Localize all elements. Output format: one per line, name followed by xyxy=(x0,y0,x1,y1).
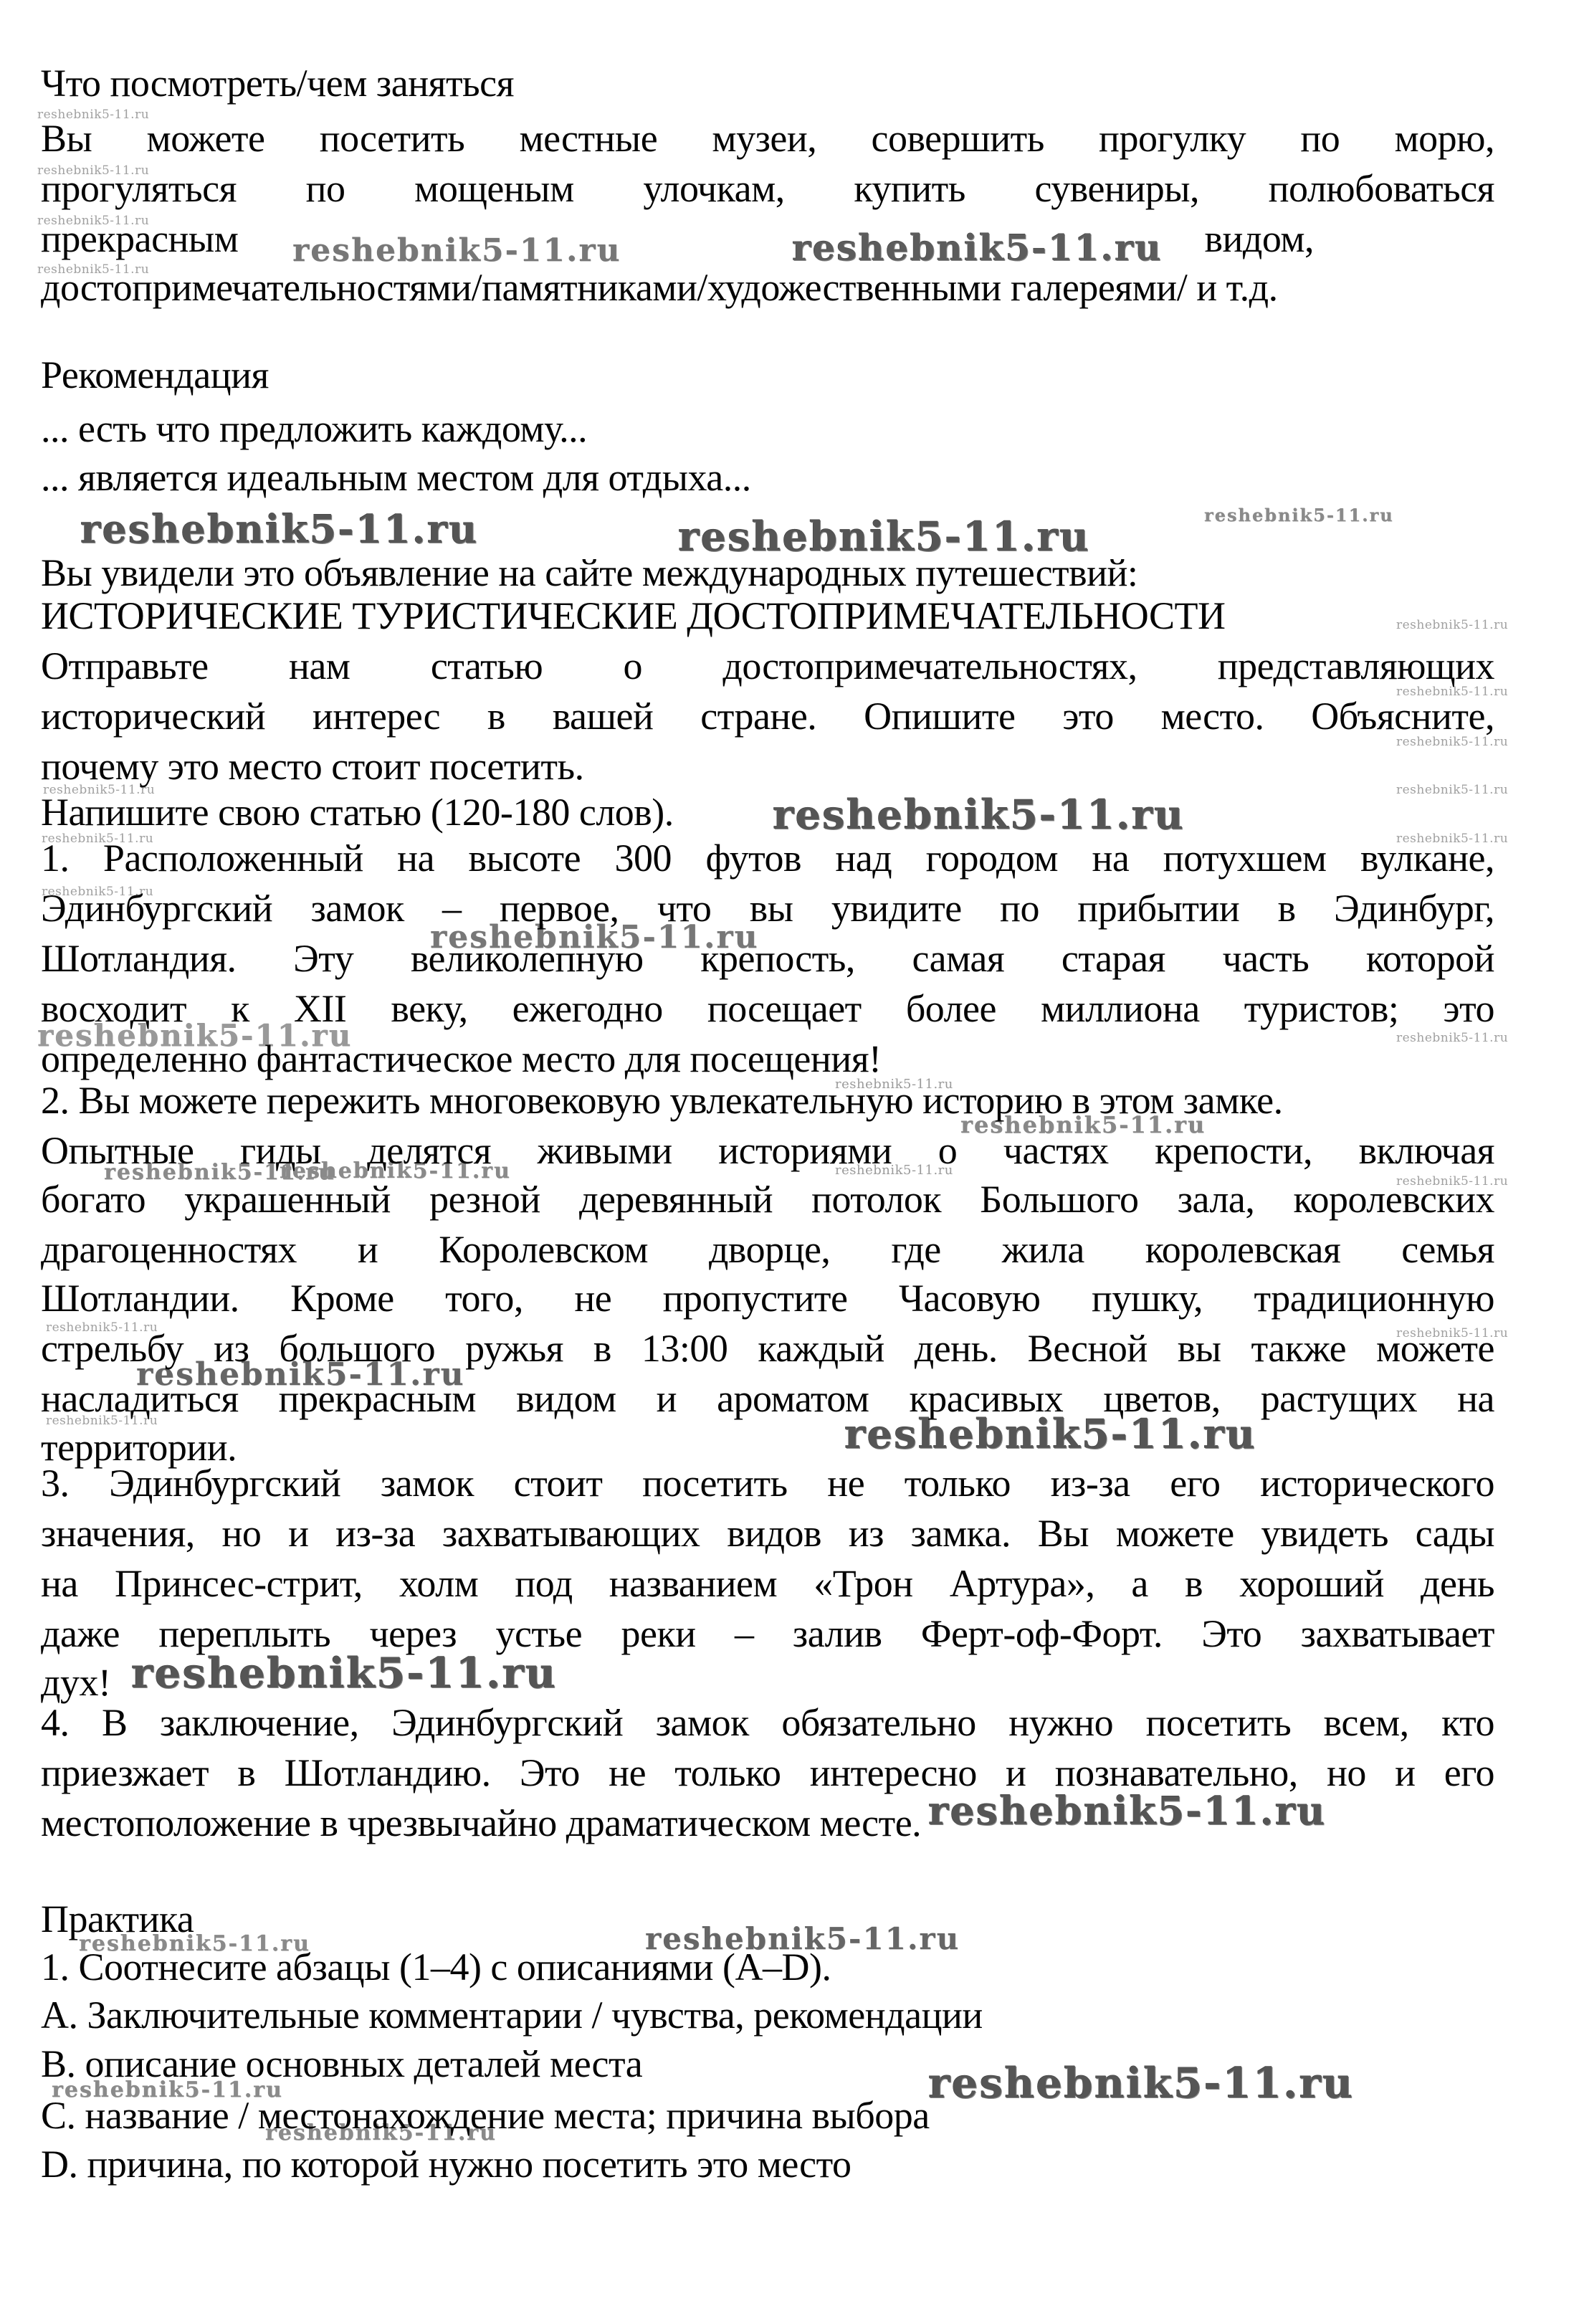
text-line: B. описание основных деталей места xyxy=(41,2042,642,2086)
document-page: reshebnik5-11.rureshebnik5-11.rureshebni… xyxy=(0,0,1579,2324)
text-line: Опытные гиды делятся живыми историями о … xyxy=(41,1128,1494,1173)
text-line: восходит к XII веку, ежегодно посещает б… xyxy=(41,986,1494,1031)
text-line: 3. Эдинбургский замок стоит посетить не … xyxy=(41,1461,1494,1505)
text-line: прогуляться по мощеным улочкам, купить с… xyxy=(41,166,1494,211)
watermark-text: reshebnik5-11.ru xyxy=(80,506,478,552)
watermark-text: reshebnik5-11.ru xyxy=(928,2059,1354,2108)
text-line: насладиться прекрасным видом и ароматом … xyxy=(41,1376,1494,1421)
text-line: определенно фантастическое место для пос… xyxy=(41,1037,882,1081)
text-line: D. причина, по которой нужно посетить эт… xyxy=(41,2142,851,2186)
text-line: Вы увидели это объявление на сайте между… xyxy=(41,551,1137,595)
text-line: Напишите свою статью (120-180 слов). xyxy=(41,790,674,834)
text-line: почему это место стоит посетить. xyxy=(41,744,584,789)
watermark-text: reshebnik5-11.ru xyxy=(1396,783,1508,797)
text-line: ... есть что предложить каждому... xyxy=(41,406,587,451)
text-line: Практика xyxy=(41,1897,194,1941)
text-line: местоположение в чрезвычайно драматическ… xyxy=(41,1801,921,1845)
text-line: Вы можете посетить местные музеи, соверш… xyxy=(41,116,1494,161)
text-line: 2. Вы можете пережить многовековую увлек… xyxy=(41,1078,1283,1123)
text-line: Отправьте нам статью о достопримечательн… xyxy=(41,644,1494,688)
text-line: Эдинбургский замок – первое, что вы увид… xyxy=(41,886,1494,930)
text-line: C. название / местонахождение места; при… xyxy=(41,2093,930,2138)
text-line: 1. Соотнесите абзацы (1–4) с описаниями … xyxy=(41,1945,831,1989)
text-line: 1. Расположенный на высоте 300 футов над… xyxy=(41,836,1494,880)
text-line: стрельбу из большого ружья в 13:00 кажды… xyxy=(41,1326,1494,1371)
text-line: A. Заключительные комментарии / чувства,… xyxy=(41,1993,983,2037)
text-line: достопримечательностями/памятниками/худо… xyxy=(41,265,1278,310)
text-line: исторический интерес в вашей стране. Опи… xyxy=(41,694,1494,738)
watermark-text: reshebnik5-11.ru xyxy=(773,791,1185,839)
text-line: приезжает в Шотландию. Это не только инт… xyxy=(41,1751,1494,1795)
text-line: прекрасным видом, xyxy=(41,216,1314,261)
text-line: Шотландии. Кроме того, не пропустите Час… xyxy=(41,1276,1494,1320)
text-line: Рекомендация xyxy=(41,353,269,397)
text-line: на Принсес-стрит, холм под названием «Тр… xyxy=(41,1561,1494,1606)
text-line: Шотландия. Эту великолепную крепость, са… xyxy=(41,936,1494,981)
watermark-text: reshebnik5-11.ru xyxy=(1204,505,1394,525)
text-line: значения, но и из-за захватывающих видов… xyxy=(41,1511,1494,1556)
text-line: богато украшенный резной деревянный пото… xyxy=(41,1177,1494,1221)
text-line: ИСТОРИЧЕСКИЕ ТУРИСТИЧЕСКИЕ ДОСТОПРИМЕЧАТ… xyxy=(41,594,1225,638)
watermark-text: reshebnik5-11.ru xyxy=(1396,1031,1508,1045)
text-line: даже переплыть через устье реки – залив … xyxy=(41,1611,1494,1656)
text-line: 4. В заключение, Эдинбургский замок обяз… xyxy=(41,1700,1494,1745)
text-line: Что посмотреть/чем заняться xyxy=(41,61,514,105)
watermark-text: reshebnik5-11.ru xyxy=(131,1649,557,1697)
text-line: драгоценностях и Королевском дворце, где… xyxy=(41,1227,1494,1272)
text-line: дух! xyxy=(41,1660,110,1705)
watermark-text: reshebnik5-11.ru xyxy=(1396,618,1508,632)
text-line: ... является идеальным местом для отдыха… xyxy=(41,455,751,500)
